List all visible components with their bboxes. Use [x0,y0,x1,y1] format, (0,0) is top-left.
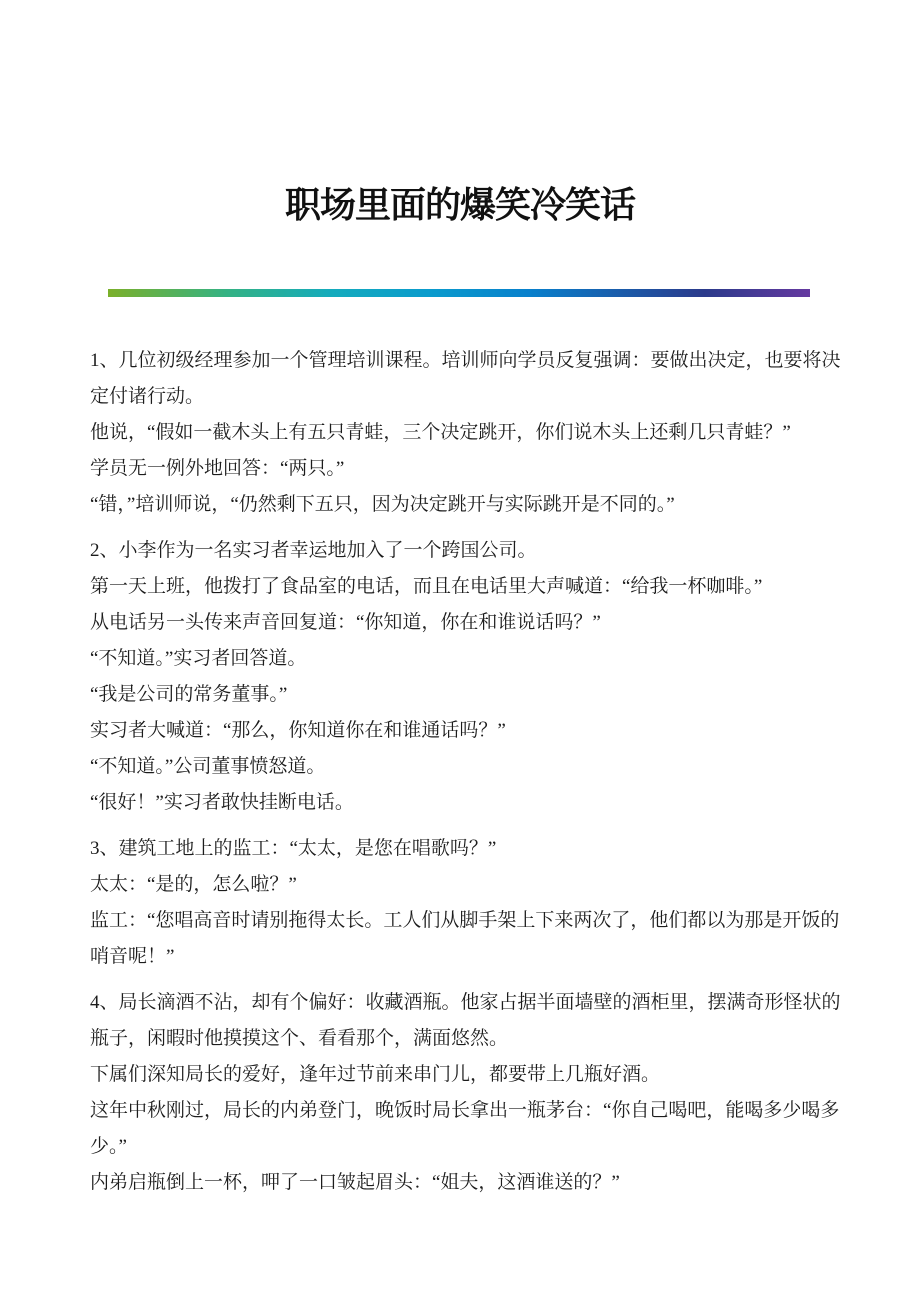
paragraph: 监工：“您唱高音时请别拖得太长。工人们从脚手架上下来两次了，他们都以为那是开饭的… [90,903,842,975]
paragraph: 2、小李作为一名实习者幸运地加入了一个跨国公司。 [90,533,842,569]
gradient-divider [108,289,810,297]
joke-section: 3、建筑工地上的监工：“太太，是您在唱歌吗？”太太：“是的，怎么啦？”监工：“您… [90,831,842,975]
paragraph: 他说，“假如一截木头上有五只青蛙，三个决定跳开，你们说木头上还剩几只青蛙？” [90,415,842,451]
paragraph: “不知道。”实习者回答道。 [90,641,842,677]
page-title: 职场里面的爆笑冷笑话 [0,183,920,227]
joke-section: 1、几位初级经理参加一个管理培训课程。培训师向学员反复强调：要做出决定，也要将决… [90,343,842,523]
paragraph: 4、局长滴酒不沾，却有个偏好：收藏酒瓶。他家占据半面墙壁的酒柜里，摆满奇形怪状的… [90,985,842,1057]
paragraph: 从电话另一头传来声音回复道：“你知道，你在和谁说话吗？” [90,605,842,641]
paragraph: 第一天上班，他拨打了食品室的电话，而且在电话里大声喊道：“给我一杯咖啡。” [90,569,842,605]
paragraph: 1、几位初级经理参加一个管理培训课程。培训师向学员反复强调：要做出决定，也要将决… [90,343,842,415]
paragraph: 太太：“是的，怎么啦？” [90,867,842,903]
document-body: 1、几位初级经理参加一个管理培训课程。培训师向学员反复强调：要做出决定，也要将决… [90,343,842,1201]
paragraph: “错，”培训师说，“仍然剩下五只，因为决定跳开与实际跳开是不同的。” [90,487,842,523]
paragraph: 这年中秋刚过，局长的内弟登门，晚饭时局长拿出一瓶茅台：“你自己喝吧，能喝多少喝多… [90,1093,842,1165]
paragraph: “很好！”实习者敢快挂断电话。 [90,785,842,821]
paragraph: 实习者大喊道：“那么，你知道你在和谁通话吗？” [90,713,842,749]
joke-section: 2、小李作为一名实习者幸运地加入了一个跨国公司。第一天上班，他拨打了食品室的电话… [90,533,842,821]
paragraph: 学员无一例外地回答：“两只。” [90,451,842,487]
joke-section: 4、局长滴酒不沾，却有个偏好：收藏酒瓶。他家占据半面墙壁的酒柜里，摆满奇形怪状的… [90,985,842,1201]
paragraph: 下属们深知局长的爱好，逢年过节前来串门儿，都要带上几瓶好酒。 [90,1057,842,1093]
paragraph: 3、建筑工地上的监工：“太太，是您在唱歌吗？” [90,831,842,867]
paragraph: 内弟启瓶倒上一杯，呷了一口皱起眉头：“姐夫，这酒谁送的？” [90,1165,842,1201]
document-page: 职场里面的爆笑冷笑话 1、几位初级经理参加一个管理培训课程。培训师向学员反复强调… [0,0,920,1302]
paragraph: “不知道。”公司董事愤怒道。 [90,749,842,785]
paragraph: “我是公司的常务董事。” [90,677,842,713]
